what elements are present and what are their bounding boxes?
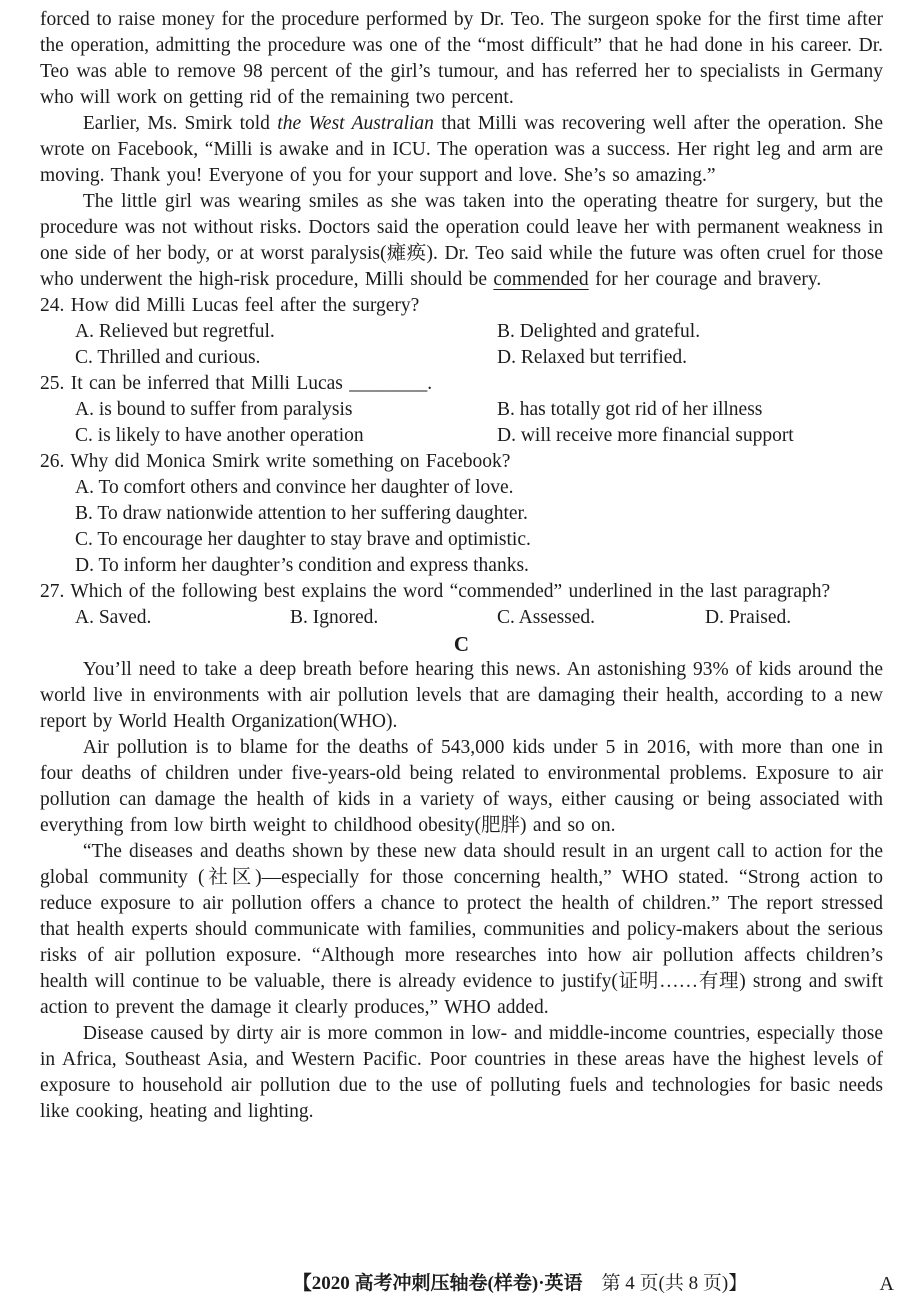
exam-page: forced to raise money for the procedure … [0, 0, 920, 1308]
option-a: A. is bound to suffer from paralysis [75, 397, 497, 423]
question-26: 26. Why did Monica Smirk write something… [40, 449, 883, 579]
option-a: A. Relieved but regretful. [75, 319, 497, 345]
footer-exam-title: 【2020 高考冲刺压轴卷(样卷)·英语 [293, 1273, 583, 1294]
question-27-stem: 27. Which of the following best explains… [40, 579, 883, 605]
passage-b-paragraph-3: The little girl was wearing smiles as sh… [40, 189, 883, 293]
passage-c-paragraph-4: Disease caused by dirty air is more comm… [40, 1021, 883, 1125]
option-a: A. To comfort others and convince her da… [40, 475, 883, 501]
question-text: It can be inferred that Milli Lucas ____… [71, 373, 432, 394]
option-b: B. Ignored. [290, 605, 497, 631]
passage-b-paragraph-1: forced to raise money for the procedure … [40, 7, 883, 111]
paragraph-text: for her courage and bravery. [589, 269, 822, 290]
question-26-stem: 26. Why did Monica Smirk write something… [40, 449, 883, 475]
page-content: forced to raise money for the procedure … [40, 7, 883, 1125]
question-24-options-row-2: C. Thrilled and curious. D. Relaxed but … [40, 345, 883, 371]
page-footer: 【2020 高考冲刺压轴卷(样卷)·英语 第 4 页(共 8 页)】 [0, 1271, 920, 1297]
option-d: D. Praised. [705, 605, 791, 631]
option-d: D. Relaxed but terrified. [497, 345, 687, 371]
footer-edition-letter: A [880, 1271, 894, 1297]
question-27: 27. Which of the following best explains… [40, 579, 883, 631]
passage-c-paragraph-2: Air pollution is to blame for the deaths… [40, 735, 883, 839]
question-text: Why did Monica Smirk write something on … [70, 451, 510, 472]
option-d: D. will receive more financial support [497, 423, 794, 449]
passage-c-paragraph-1: You’ll need to take a deep breath before… [40, 657, 883, 735]
footer-page-number: 第 4 页(共 8 页)】 [583, 1273, 748, 1294]
option-b: B. has totally got rid of her illness [497, 397, 762, 423]
passage-c-paragraph-3: “The diseases and deaths shown by these … [40, 839, 883, 1021]
option-c: C. To encourage her daughter to stay bra… [40, 527, 883, 553]
publication-name-italic: the West Australian [277, 113, 434, 134]
option-d: D. To inform her daughter’s condition an… [40, 553, 883, 579]
question-25: 25. It can be inferred that Milli Lucas … [40, 371, 883, 449]
passage-b-paragraph-2: Earlier, Ms. Smirk told the West Austral… [40, 111, 883, 189]
question-text: Which of the following best explains the… [70, 581, 830, 602]
question-25-options-row-1: A. is bound to suffer from paralysis B. … [40, 397, 883, 423]
option-a: A. Saved. [75, 605, 290, 631]
option-b: B. Delighted and grateful. [497, 319, 700, 345]
question-25-options-row-2: C. is likely to have another operation D… [40, 423, 883, 449]
question-number: 27. [40, 581, 64, 602]
question-number: 24. [40, 295, 64, 316]
question-text: How did Milli Lucas feel after the surge… [71, 295, 420, 316]
option-b: B. To draw nationwide attention to her s… [40, 501, 883, 527]
question-24-stem: 24. How did Milli Lucas feel after the s… [40, 293, 883, 319]
question-24: 24. How did Milli Lucas feel after the s… [40, 293, 883, 371]
option-c: C. is likely to have another operation [75, 423, 497, 449]
passage-c-heading: C [40, 631, 883, 657]
option-c: C. Thrilled and curious. [75, 345, 497, 371]
question-25-stem: 25. It can be inferred that Milli Lucas … [40, 371, 883, 397]
paragraph-text: Earlier, Ms. Smirk told [83, 113, 277, 134]
question-number: 25. [40, 373, 64, 394]
question-24-options-row-1: A. Relieved but regretful. B. Delighted … [40, 319, 883, 345]
question-number: 26. [40, 451, 64, 472]
option-c: C. Assessed. [497, 605, 705, 631]
question-27-options-row: A. Saved. B. Ignored. C. Assessed. D. Pr… [40, 605, 883, 631]
underlined-vocabulary-word: commended [493, 269, 588, 290]
